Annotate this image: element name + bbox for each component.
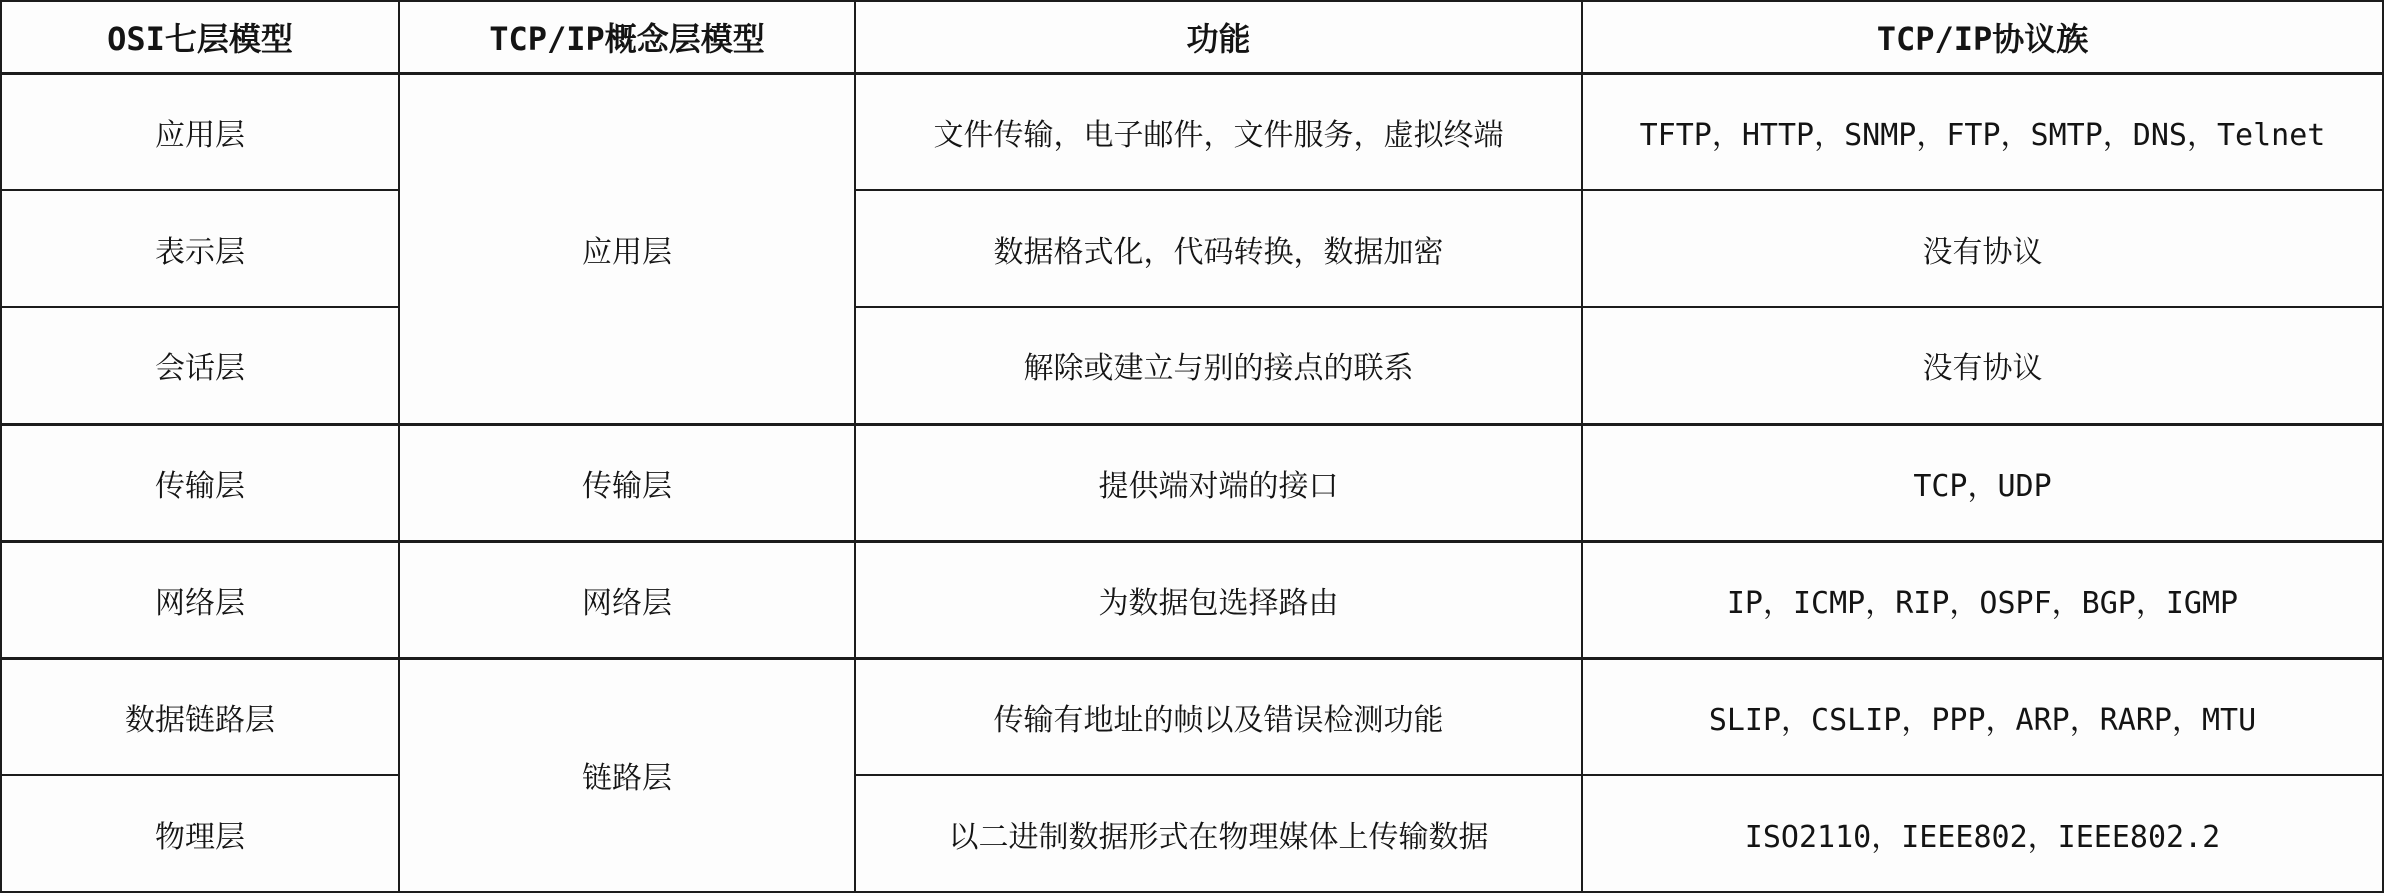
cell-protocols: 没有协议	[1582, 307, 2383, 424]
header-tcpip-model: TCP/IP概念层模型	[399, 1, 855, 73]
table-row-transport: 传输层 传输层 提供端对端的接口 TCP，UDP	[1, 424, 2383, 541]
cell-function: 数据格式化，代码转换，数据加密	[855, 190, 1582, 307]
table-row-physical: 物理层 以二进制数据形式在物理媒体上传输数据 ISO2110，IEEE802，I…	[1, 775, 2383, 892]
header-protocol-family: TCP/IP协议族	[1582, 1, 2383, 73]
document-page: OSI七层模型 TCP/IP概念层模型 功能 TCP/IP协议族 应用层 应用层…	[0, 0, 2384, 896]
cell-osi-layer: 物理层	[1, 775, 399, 892]
cell-protocols: 没有协议	[1582, 190, 2383, 307]
table-row-session: 会话层 解除或建立与别的接点的联系 没有协议	[1, 307, 2383, 424]
cell-osi-layer: 会话层	[1, 307, 399, 424]
table-row-application: 应用层 应用层 文件传输，电子邮件，文件服务，虚拟终端 TFTP，HTTP，SN…	[1, 73, 2383, 190]
cell-osi-layer: 应用层	[1, 73, 399, 190]
cell-function: 传输有地址的帧以及错误检测功能	[855, 658, 1582, 775]
cell-protocols: IP，ICMP，RIP，OSPF，BGP，IGMP	[1582, 541, 2383, 658]
cell-osi-layer: 数据链路层	[1, 658, 399, 775]
cell-osi-layer: 表示层	[1, 190, 399, 307]
cell-tcpip-layer-application-merged: 应用层	[399, 73, 855, 424]
cell-osi-layer: 网络层	[1, 541, 399, 658]
header-osi-model: OSI七层模型	[1, 1, 399, 73]
cell-function: 文件传输，电子邮件，文件服务，虚拟终端	[855, 73, 1582, 190]
cell-protocols: TFTP，HTTP，SNMP，FTP，SMTP，DNS，Telnet	[1582, 73, 2383, 190]
cell-tcpip-layer: 传输层	[399, 424, 855, 541]
cell-function: 提供端对端的接口	[855, 424, 1582, 541]
cell-function: 解除或建立与别的接点的联系	[855, 307, 1582, 424]
cell-function: 以二进制数据形式在物理媒体上传输数据	[855, 775, 1582, 892]
cell-tcpip-layer-link-merged: 链路层	[399, 658, 855, 892]
table-row-presentation: 表示层 数据格式化，代码转换，数据加密 没有协议	[1, 190, 2383, 307]
osi-tcpip-comparison-table: OSI七层模型 TCP/IP概念层模型 功能 TCP/IP协议族 应用层 应用层…	[0, 0, 2384, 893]
cell-protocols: TCP，UDP	[1582, 424, 2383, 541]
cell-function: 为数据包选择路由	[855, 541, 1582, 658]
header-row: OSI七层模型 TCP/IP概念层模型 功能 TCP/IP协议族	[1, 1, 2383, 73]
header-function: 功能	[855, 1, 1582, 73]
cell-protocols: SLIP，CSLIP，PPP，ARP，RARP，MTU	[1582, 658, 2383, 775]
table-row-datalink: 数据链路层 链路层 传输有地址的帧以及错误检测功能 SLIP，CSLIP，PPP…	[1, 658, 2383, 775]
cell-osi-layer: 传输层	[1, 424, 399, 541]
cell-protocols: ISO2110，IEEE802，IEEE802.2	[1582, 775, 2383, 892]
table-row-network: 网络层 网络层 为数据包选择路由 IP，ICMP，RIP，OSPF，BGP，IG…	[1, 541, 2383, 658]
cell-tcpip-layer: 网络层	[399, 541, 855, 658]
